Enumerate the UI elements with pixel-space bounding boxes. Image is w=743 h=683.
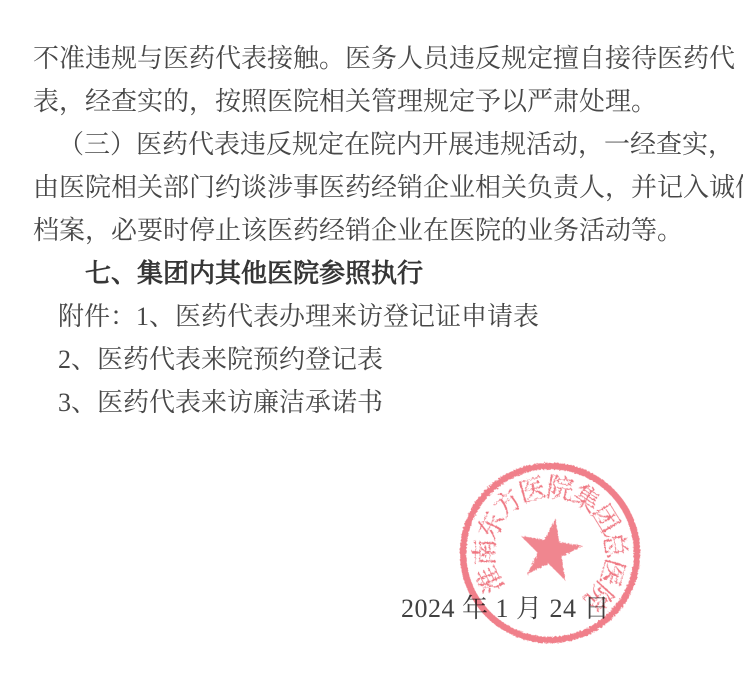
document-page: 不准违规与医药代表接触。医务人员违反规定擅自接待医药代表，经查实的，按照医院相关…: [0, 0, 743, 683]
document-body: 不准违规与医药代表接触。医务人员违反规定擅自接待医药代表，经查实的，按照医院相关…: [0, 37, 743, 424]
official-seal: 淮南东方医院集团总医院: [450, 452, 650, 652]
star-icon: [515, 514, 586, 583]
document-line: 不准违规与医药代表接触。医务人员违反规定擅自接待医药代: [0, 37, 743, 80]
document-line: 2、医药代表来院预约登记表: [0, 338, 743, 381]
document-heading-line: 七、集团内其他医院参照执行: [0, 252, 743, 295]
document-line: 附件：1、医药代表办理来访登记证申请表: [0, 295, 743, 338]
document-line: 档案，必要时停止该医药经销企业在医院的业务活动等。: [0, 209, 743, 252]
document-line: 由医院相关部门约谈涉事医药经销企业相关负责人，并记入诚信: [0, 166, 743, 209]
document-line: 3、医药代表来访廉洁承诺书: [0, 381, 743, 424]
document-line: （三）医药代表违反规定在院内开展违规活动，一经查实，: [0, 123, 743, 166]
document-line: 表，经查实的，按照医院相关管理规定予以严肃处理。: [0, 80, 743, 123]
